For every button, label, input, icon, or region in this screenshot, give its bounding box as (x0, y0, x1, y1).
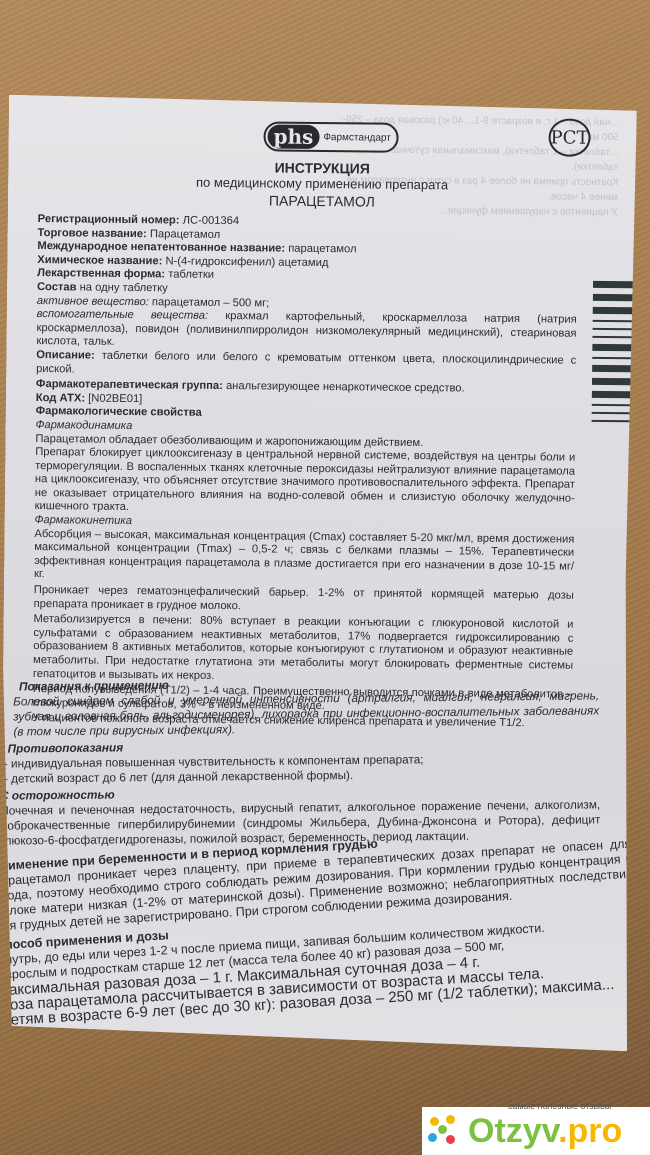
indications-text: Болевой синдром слабой и умеренной интен… (13, 688, 599, 739)
pharmacokinetics-p1: Абсорбция – высокая, максимальная концен… (34, 528, 575, 588)
manufacturer-logo: phs Фармстандарт (263, 121, 399, 152)
otzyv-watermark: самые полезные отзывы Otzyv.pro (422, 1107, 650, 1155)
watermark-tagline: самые полезные отзывы (508, 1101, 611, 1111)
watermark-brand: Otzyv.pro (468, 1113, 622, 1149)
description: Описание: таблетки белого или белого с к… (36, 349, 576, 382)
otzyv-people-logo-icon (426, 1113, 462, 1149)
document-title: ИНСТРУКЦИЯ по медицинскому применению пр… (8, 157, 636, 213)
excipients: вспомогательные вещества: крахмал картоф… (36, 308, 576, 354)
pharmacodynamics-p2: Препарат блокирует циклооксигеназу в цен… (35, 446, 576, 520)
instruction-leaflet: ...ная доза – 1 г; в возрасте 9-1... 40 … (0, 95, 637, 1052)
manufacturer-name: Фармстандарт (323, 132, 391, 144)
leaflet-curved-section: Применение при беременности и в период к… (0, 822, 640, 1029)
header-logos: phs Фармстандарт РСТ (8, 113, 636, 160)
leaflet-body: Регистрационный номер: ЛС-001364 Торгово… (32, 213, 577, 732)
rst-certification-icon: РСТ (548, 118, 590, 156)
barcode (592, 281, 634, 428)
pharmacokinetics-p2: Проникает через гематоэнцефалический бар… (34, 584, 574, 617)
leaflet-lower-section: Показания к применению Болевой синдром с… (0, 673, 601, 848)
phs-logo-icon: phs (267, 124, 319, 149)
